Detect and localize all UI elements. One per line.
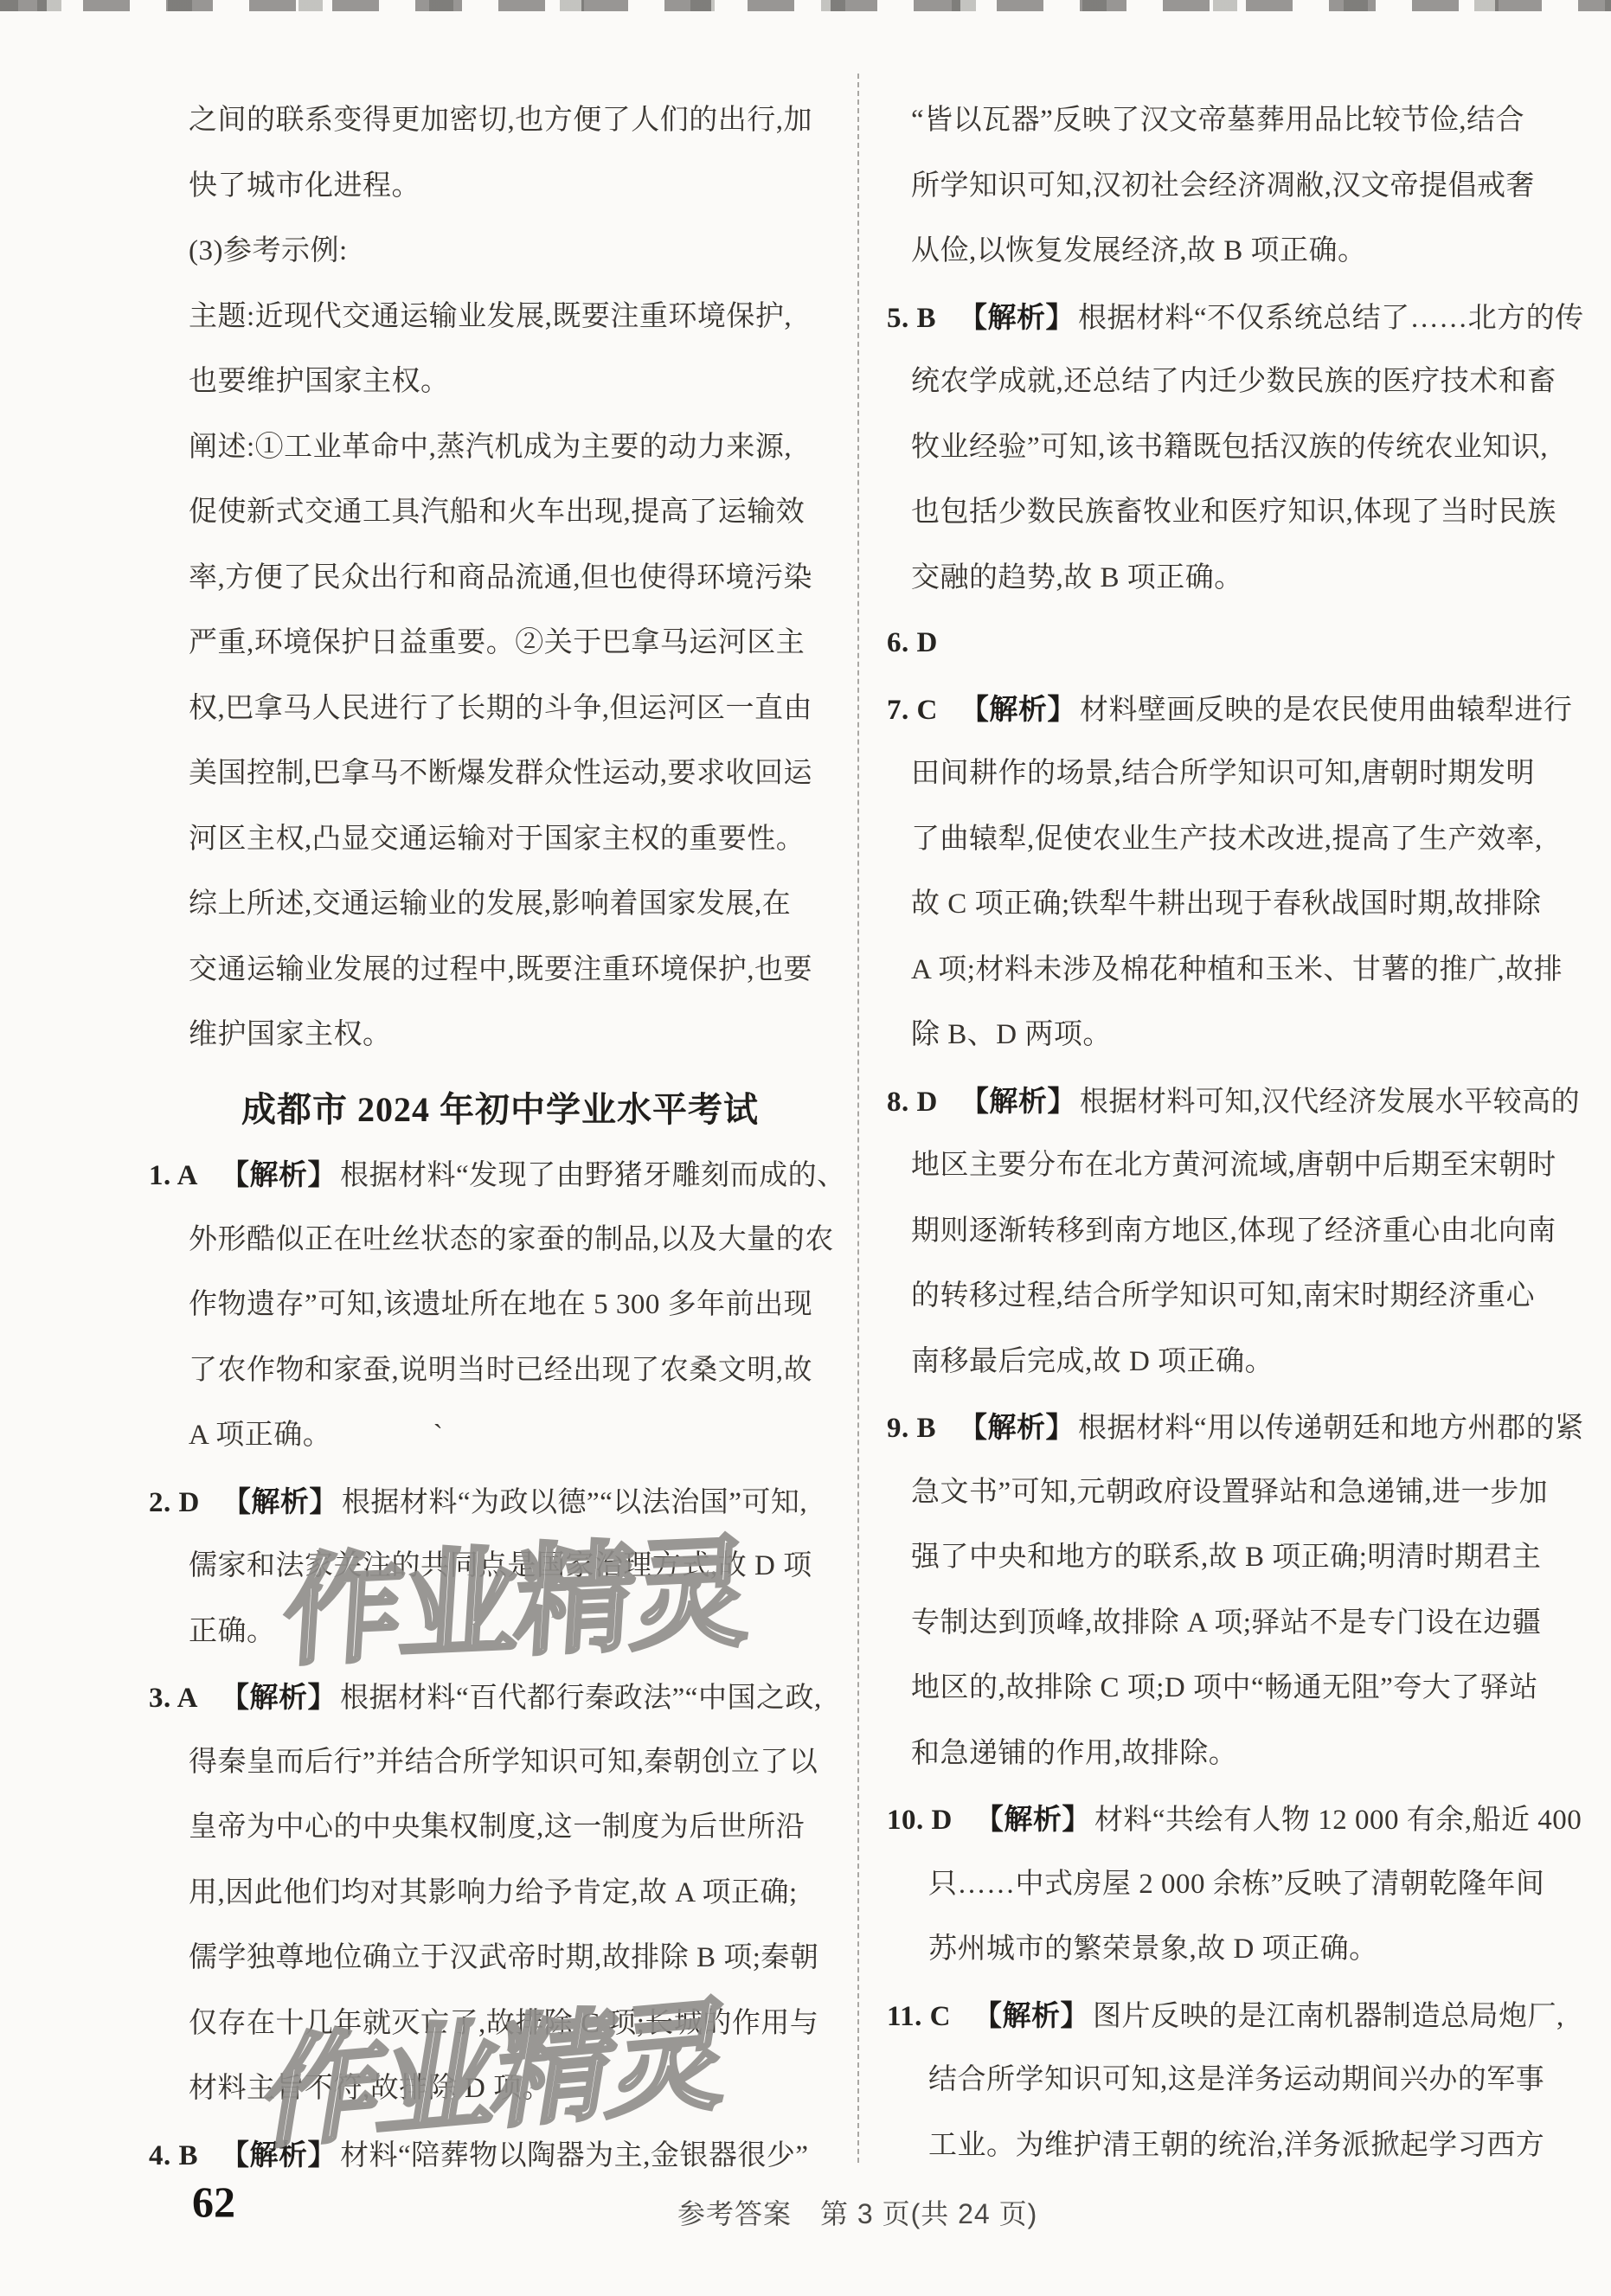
line-text: 正确。	[189, 1616, 276, 1647]
jiexi-label: 【解析】	[973, 1999, 1089, 2031]
line-text: 作物遗存”可知,该遗址所在地在 5 300 多年前出现	[189, 1289, 812, 1320]
line-text: 所学知识可知,汉初社会经济凋敝,汉文帝提倡戒奢	[911, 170, 1535, 202]
text-line: 了农作物和家蚕,说明当时已经出现了农桑文明,故	[149, 1338, 851, 1404]
line-text: A 项正确。 ˋ	[189, 1420, 443, 1451]
text-line: 除 B、D 两项。	[887, 1003, 1589, 1068]
answer-key-page: 之间的联系变得更加密切,也方便了人们的出行,加快了城市化进程。(3)参考示例:主…	[0, 0, 1611, 2296]
text-line: 维护国家主权。	[149, 1003, 851, 1068]
jiexi-label: 【解析】	[222, 1485, 338, 1517]
text-line: 田间耕作的场景,结合所学知识可知,唐朝时期发明	[887, 741, 1589, 807]
page-number: 62	[192, 2177, 235, 2227]
text-line: (3)参考示例:	[149, 219, 851, 285]
line-text: 南移最后完成,故 D 项正确。	[911, 1346, 1274, 1377]
text-line: 促使新式交通工具汽船和火车出现,提高了运输效	[149, 480, 851, 546]
line-text: 材料“陪葬物以陶器为主,金银器很少”	[340, 2140, 809, 2171]
answer-line: 3. A【解析】根据材料“百代都行秦政法”“中国之政,	[149, 1664, 851, 1730]
column-divider	[857, 74, 859, 2163]
text-line: 美国控制,巴拿马不断爆发群众性运动,要求收回运	[149, 741, 851, 807]
text-line: 阐述:①工业革命中,蒸汽机成为主要的动力来源,	[149, 415, 851, 481]
jiexi-label: 【解析】	[975, 1803, 1091, 1835]
answer-line: 1. A【解析】根据材料“发现了由野猪牙雕刻而成的、	[149, 1142, 851, 1208]
text-line: 交融的趋势,故 B 项正确。	[887, 546, 1589, 612]
line-text: 苏州城市的繁荣景象,故 D 项正确。	[928, 1934, 1378, 1965]
exam-title: 成都市 2024 年初中学业水平考试	[149, 1077, 851, 1143]
answer-number: 6. D	[887, 627, 938, 658]
line-text: 维护国家主权。	[189, 1019, 392, 1050]
text-line: 所学知识可知,汉初社会经济凋敝,汉文帝提倡戒奢	[887, 154, 1589, 220]
line-text: 结合所学知识可知,这是洋务运动期间兴办的军事	[928, 2064, 1544, 2095]
answer-line: 11. C【解析】图片反映的是江南机器制造总局炮厂,	[887, 1983, 1589, 2049]
text-line: 快了城市化进程。	[149, 154, 851, 220]
answer-number: 4. B	[149, 2140, 198, 2171]
text-line: 专制达到顶峰,故排除 A 项;驿站不是专门设在边疆	[887, 1591, 1589, 1657]
text-line: 只……中式房屋 2 000 余栋”反映了清朝乾隆年间	[887, 1852, 1589, 1918]
jiexi-label: 【解析】	[960, 693, 1076, 725]
line-text: A 项;材料未涉及棉花种植和玉米、甘薯的推广,故排	[911, 954, 1563, 985]
answer-number: 7. C	[887, 695, 938, 726]
text-line: 的转移过程,结合所学知识可知,南宋时期经济重心	[887, 1264, 1589, 1330]
jiexi-label: 【解析】	[221, 1158, 337, 1190]
line-text: 美国控制,巴拿马不断爆发群众性运动,要求收回运	[189, 758, 812, 789]
line-text: 交通运输业发展的过程中,既要注重环境保护,也要	[189, 954, 812, 985]
text-line: 地区的,故排除 C 项;D 项中“畅通无阻”夸大了驿站	[887, 1656, 1589, 1722]
text-line: 也包括少数民族畜牧业和医疗知识,体现了当时民族	[887, 480, 1589, 546]
jiexi-label: 【解析】	[959, 1411, 1075, 1443]
line-text: 工业。为维护清王朝的统治,洋务派掀起学习西方	[928, 2130, 1544, 2161]
line-text: 仅存在十几年就灭亡了,故排除 C 项;长城的作用与	[189, 2008, 818, 2039]
text-line: 故 C 项正确;铁犁牛耕出现于春秋战国时期,故排除	[887, 872, 1589, 938]
line-text: 河区主权,凸显交通运输对于国家主权的重要性。	[189, 824, 805, 855]
line-text: 和急递铺的作用,故排除。	[911, 1738, 1237, 1769]
text-line: 综上所述,交通运输业的发展,影响着国家发展,在	[149, 872, 851, 938]
text-line: 儒学独尊地位确立于汉武帝时期,故排除 B 项;秦朝	[149, 1926, 851, 1991]
text-line: 也要维护国家主权。	[149, 350, 851, 415]
line-text: 用,因此他们均对其影响力给予肯定,故 A 项正确;	[189, 1877, 798, 1908]
jiexi-label: 【解析】	[959, 301, 1075, 333]
text-line: 主题:近现代交通运输业发展,既要注重环境保护,	[149, 285, 851, 350]
jiexi-label: 【解析】	[960, 1085, 1076, 1117]
text-line: 权,巴拿马人民进行了长期的斗争,但运河区一直由	[149, 677, 851, 742]
left-column: 之间的联系变得更加密切,也方便了人们的出行,加快了城市化进程。(3)参考示例:主…	[149, 88, 851, 2187]
answer-number: 9. B	[887, 1413, 936, 1444]
line-text: 促使新式交通工具汽船和火车出现,提高了运输效	[189, 497, 805, 528]
jiexi-label: 【解析】	[221, 2139, 337, 2171]
line-text: 外形酷似正在吐丝状态的家蚕的制品,以及大量的农	[189, 1224, 834, 1255]
line-text: 儒学独尊地位确立于汉武帝时期,故排除 B 项;秦朝	[189, 1942, 818, 1973]
line-text: 根据材料“百代都行秦政法”“中国之政,	[340, 1683, 822, 1714]
line-text: 牧业经验”可知,该书籍既包括汉族的传统农业知识,	[911, 432, 1548, 463]
answer-line: 8. D【解析】根据材料可知,汉代经济发展水平较高的	[887, 1068, 1589, 1134]
text-line: A 项正确。 ˋ	[149, 1403, 851, 1469]
text-line: 率,方便了民众出行和商品流通,但也使得环境污染	[149, 546, 851, 612]
line-text: 根据材料“发现了由野猪牙雕刻而成的、	[340, 1160, 846, 1191]
line-text: 统农学成就,还总结了内迁少数民族的医疗技术和畜	[911, 366, 1556, 397]
text-line: 急文书”可知,元朝政府设置驿站和急递铺,进一步加	[887, 1460, 1589, 1526]
text-line: 皇帝为中心的中央集权制度,这一制度为后世所沿	[149, 1795, 851, 1861]
line-text: 只……中式房屋 2 000 余栋”反映了清朝乾隆年间	[928, 1869, 1544, 1900]
text-line: 从俭,以恢复发展经济,故 B 项正确。	[887, 219, 1589, 285]
text-line: 严重,环境保护日益重要。②关于巴拿马运河区主	[149, 611, 851, 677]
jiexi-label: 【解析】	[221, 1681, 337, 1713]
line-text: 田间耕作的场景,结合所学知识可知,唐朝时期发明	[911, 758, 1535, 789]
answer-line: 9. B【解析】根据材料“用以传递朝廷和地方州郡的紧	[887, 1395, 1589, 1460]
line-text: 综上所述,交通运输业的发展,影响着国家发展,在	[189, 888, 791, 920]
line-text: 地区的,故排除 C 项;D 项中“畅通无阻”夸大了驿站	[911, 1672, 1538, 1703]
answer-line: 10. D【解析】材料“共绘有人物 12 000 有余,船近 400	[887, 1786, 1589, 1852]
text-line: 了曲辕犁,促使农业生产技术改进,提高了生产效率,	[887, 807, 1589, 873]
answer-number: 8. D	[887, 1087, 938, 1118]
line-text: 主题:近现代交通运输业发展,既要注重环境保护,	[189, 301, 792, 332]
text-line: 儒家和法家关注的共同点是国家治理方式,故 D 项	[149, 1534, 851, 1600]
line-text: 严重,环境保护日益重要。②关于巴拿马运河区主	[189, 627, 805, 658]
line-text: 材料壁画反映的是农民使用曲辕犁进行	[1080, 695, 1573, 726]
text-line: 工业。为维护清王朝的统治,洋务派掀起学习西方	[887, 2113, 1589, 2179]
line-text: 期则逐渐转移到南方地区,体现了经济重心由北向南	[911, 1215, 1556, 1247]
text-line: 和急递铺的作用,故排除。	[887, 1722, 1589, 1787]
line-text: 权,巴拿马人民进行了长期的斗争,但运河区一直由	[189, 693, 812, 724]
line-text: 之间的联系变得更加密切,也方便了人们的出行,加	[189, 105, 812, 136]
text-line: 期则逐渐转移到南方地区,体现了经济重心由北向南	[887, 1199, 1589, 1265]
answer-number: 10. D	[887, 1805, 953, 1836]
line-text: 阐述:①工业革命中,蒸汽机成为主要的动力来源,	[189, 432, 792, 463]
line-text: 强了中央和地方的联系,故 B 项正确;明清时期君主	[911, 1542, 1541, 1573]
line-text: 根据材料“不仅系统总结了……北方的传	[1078, 303, 1584, 334]
right-column: “皆以瓦器”反映了汉文帝墓葬用品比较节俭,结合所学知识可知,汉初社会经济凋敝,汉…	[887, 88, 1589, 2178]
line-text: 儒家和法家关注的共同点是国家治理方式,故 D 项	[189, 1550, 812, 1581]
line-text: 材料“共绘有人物 12 000 有余,船近 400	[1094, 1805, 1582, 1836]
answer-line: 4. B【解析】材料“陪葬物以陶器为主,金银器很少”	[149, 2122, 851, 2188]
answer-line: 5. B【解析】根据材料“不仅系统总结了……北方的传	[887, 285, 1589, 350]
line-text: 除 B、D 两项。	[911, 1019, 1112, 1050]
text-line: A 项;材料未涉及棉花种植和玉米、甘薯的推广,故排	[887, 938, 1589, 1004]
line-text: 故 C 项正确;铁犁牛耕出现于春秋战国时期,故排除	[911, 888, 1541, 920]
line-text: 地区主要分布在北方黄河流域,唐朝中后期至宋朝时	[911, 1150, 1556, 1181]
line-text: (3)参考示例:	[189, 235, 348, 266]
scan-edge-artifact	[0, 0, 1611, 11]
answer-number: 1. A	[149, 1160, 198, 1191]
line-text: 的转移过程,结合所学知识可知,南宋时期经济重心	[911, 1280, 1535, 1312]
line-text: 材料主旨不符,故排除 D 项。	[189, 2073, 551, 2104]
answer-number: 5. B	[887, 303, 936, 334]
line-text: 也包括少数民族畜牧业和医疗知识,体现了当时民族	[911, 497, 1556, 528]
line-text: 得秦皇而后行”并结合所学知识可知,秦朝创立了以	[189, 1747, 818, 1778]
text-line: 材料主旨不符,故排除 D 项。	[149, 2056, 851, 2122]
text-line: 苏州城市的繁荣景象,故 D 项正确。	[887, 1917, 1589, 1983]
line-text: 也要维护国家主权。	[189, 366, 450, 397]
text-line: 结合所学知识可知,这是洋务运动期间兴办的军事	[887, 2048, 1589, 2113]
line-text: 皇帝为中心的中央集权制度,这一制度为后世所沿	[189, 1812, 805, 1843]
line-text: “皆以瓦器”反映了汉文帝墓葬用品比较节俭,结合	[911, 105, 1524, 136]
line-text: 专制达到顶峰,故排除 A 项;驿站不是专门设在边疆	[911, 1607, 1541, 1639]
text-line: 仅存在十几年就灭亡了,故排除 C 项;长城的作用与	[149, 1991, 851, 2057]
text-line: 外形酷似正在吐丝状态的家蚕的制品,以及大量的农	[149, 1208, 851, 1273]
text-line: 得秦皇而后行”并结合所学知识可知,秦朝创立了以	[149, 1730, 851, 1796]
line-text: 急文书”可知,元朝政府设置驿站和急递铺,进一步加	[911, 1477, 1548, 1508]
text-line: 强了中央和地方的联系,故 B 项正确;明清时期君主	[887, 1525, 1589, 1591]
text-line: “皆以瓦器”反映了汉文帝墓葬用品比较节俭,结合	[887, 88, 1589, 154]
footer-label: 参考答案 第 3 页(共 24 页)	[677, 2192, 1037, 2232]
answer-number: 2. D	[149, 1487, 200, 1518]
line-text: 根据材料可知,汉代经济发展水平较高的	[1080, 1087, 1580, 1118]
line-text: 快了城市化进程。	[189, 170, 420, 202]
answer-line: 7. C【解析】材料壁画反映的是农民使用曲辕犁进行	[887, 677, 1589, 742]
text-line: 牧业经验”可知,该书籍既包括汉族的传统农业知识,	[887, 415, 1589, 481]
text-line: 正确。	[149, 1600, 851, 1665]
line-text: 了农作物和家蚕,说明当时已经出现了农桑文明,故	[189, 1355, 812, 1386]
text-line: 河区主权,凸显交通运输对于国家主权的重要性。	[149, 807, 851, 873]
text-line: 作物遗存”可知,该遗址所在地在 5 300 多年前出现	[149, 1273, 851, 1338]
text-line: 交通运输业发展的过程中,既要注重环境保护,也要	[149, 938, 851, 1004]
answer-number: 11. C	[887, 2001, 951, 2032]
line-text: 率,方便了民众出行和商品流通,但也使得环境污染	[189, 562, 812, 593]
line-text: 从俭,以恢复发展经济,故 B 项正确。	[911, 235, 1367, 266]
answer-line: 6. D	[887, 611, 1589, 677]
text-line: 用,因此他们均对其影响力给予肯定,故 A 项正确;	[149, 1861, 851, 1927]
line-text: 图片反映的是江南机器制造总局炮厂,	[1093, 2001, 1564, 2032]
line-text: 根据材料“用以传递朝廷和地方州郡的紧	[1078, 1413, 1584, 1444]
text-line: 南移最后完成,故 D 项正确。	[887, 1330, 1589, 1395]
text-line: 之间的联系变得更加密切,也方便了人们的出行,加	[149, 88, 851, 154]
line-text: 了曲辕犁,促使农业生产技术改进,提高了生产效率,	[911, 824, 1543, 855]
text-line: 统农学成就,还总结了内迁少数民族的医疗技术和畜	[887, 350, 1589, 415]
answer-number: 3. A	[149, 1683, 198, 1714]
text-line: 地区主要分布在北方黄河流域,唐朝中后期至宋朝时	[887, 1133, 1589, 1199]
line-text: 根据材料“为政以德”“以法治国”可知,	[342, 1487, 807, 1518]
answer-line: 2. D【解析】根据材料“为政以德”“以法治国”可知,	[149, 1469, 851, 1535]
line-text: 交融的趋势,故 B 项正确。	[911, 562, 1243, 593]
